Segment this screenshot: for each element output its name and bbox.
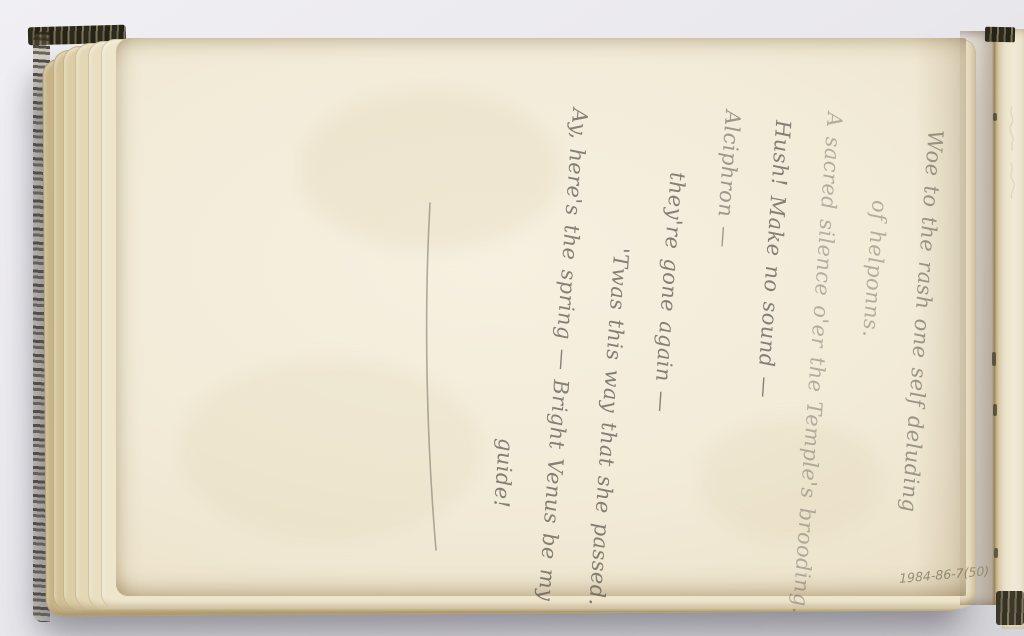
ghost-writing-marks bbox=[1005, 161, 1019, 201]
stitch-hole bbox=[993, 404, 997, 416]
stitch-hole bbox=[993, 113, 997, 121]
pencil-divider-line bbox=[420, 200, 448, 556]
ghost-writing-marks bbox=[1005, 105, 1019, 153]
stitch-hole bbox=[992, 352, 996, 366]
notebook-page: Woe to the rash one self deluding of hel… bbox=[116, 38, 966, 596]
book-cover-edge-top-right bbox=[985, 27, 1015, 43]
handwritten-inscription: Woe to the rash one self deluding of hel… bbox=[468, 108, 962, 598]
stitch-hole bbox=[994, 548, 998, 558]
binding-gutter bbox=[960, 31, 1002, 605]
sketchbook-photograph: Woe to the rash one self deluding of hel… bbox=[0, 0, 1024, 636]
book-cover-edge-bottom-right bbox=[996, 591, 1024, 625]
facing-page-sliver bbox=[1002, 29, 1024, 629]
